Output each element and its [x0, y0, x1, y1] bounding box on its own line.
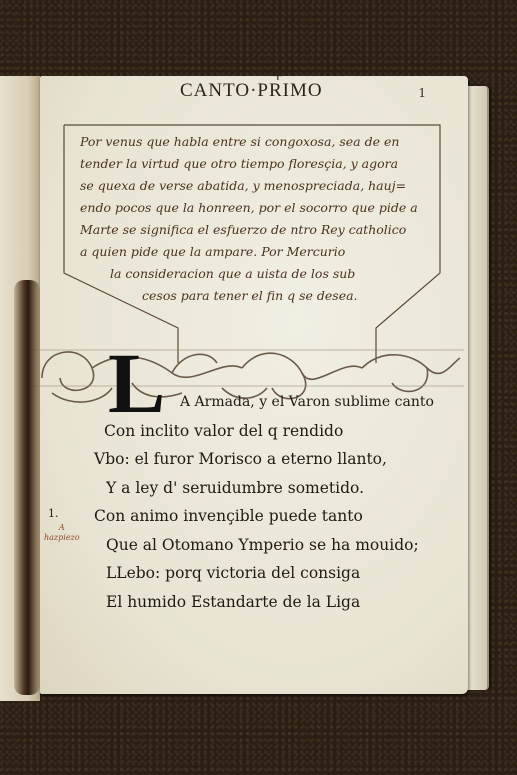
argument-line: tender la virtud que otro tiempo floresç… [80, 153, 450, 175]
verse-line: El humido Estandarte de la Liga [94, 588, 454, 617]
argument-line: se quexa de verse abatida, y menosprecia… [80, 175, 450, 197]
argument-line: cesos para tener el fin q se desea. [80, 285, 450, 307]
verse-line: Con animo invençible puede tanto [94, 502, 454, 531]
manuscript-page: + CANTO·PRIMO 1 Por venus que habla entr… [40, 76, 468, 694]
argument-line: Por venus que habla entre si congoxosa, … [80, 131, 450, 153]
manuscript-photo: + CANTO·PRIMO 1 Por venus que habla entr… [0, 0, 517, 775]
binding-gutter [14, 280, 40, 695]
margin-annotation: A hazpiezo [44, 523, 80, 543]
page-title: CANTO·PRIMO [180, 80, 323, 102]
verse-line: Y a ley d' seruidumbre sometido. [94, 474, 454, 503]
argument-line: endo pocos que la honreen, por el socorr… [80, 197, 450, 219]
verse-stanza: A Armada, y el Varon sublime canto Con i… [94, 388, 454, 616]
margin-number: 1. [48, 507, 59, 520]
verse-line: Con inclito valor del q rendido [94, 417, 454, 446]
verse-line: Que al Otomano Ymperio se ha mouido; [94, 531, 454, 560]
verse-line: LLebo: porq victoria del consiga [94, 559, 454, 588]
margin-note-line: hazpiezo [44, 533, 80, 543]
argument-line: la consideracion que a uista de los sub [80, 263, 450, 285]
verse-line: Vbo: el furor Morisco a eterno llanto, [94, 445, 454, 474]
verse-line: A Armada, y el Varon sublime canto [94, 388, 454, 417]
argument-line: a quien pide que la ampare. Por Mercurio [80, 241, 450, 263]
argument-text: Por venus que habla entre si congoxosa, … [80, 131, 450, 307]
margin-note-line: A [44, 523, 80, 533]
argument-line: Marte se significa el esfuerzo de ntro R… [80, 219, 450, 241]
argument-frame: Por venus que habla entre si congoxosa, … [58, 123, 448, 363]
folio-number: 1 [418, 86, 426, 100]
